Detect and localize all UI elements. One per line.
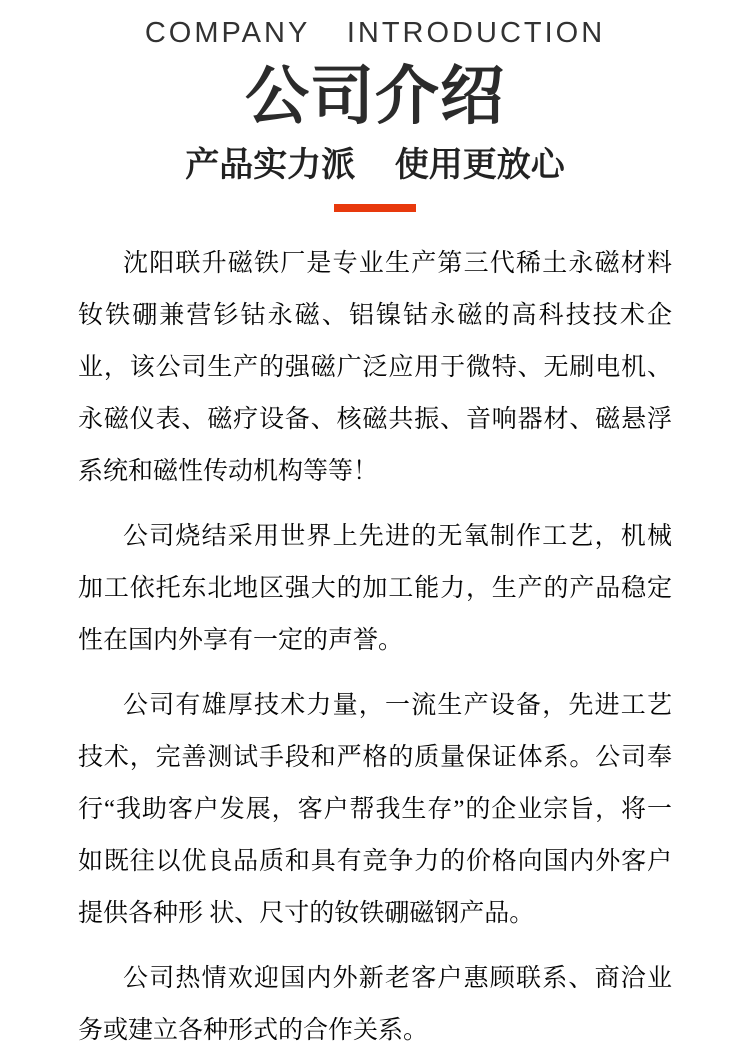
eyebrow-text: COMPANY INTRODUCTION [0, 16, 750, 50]
intro-paragraph-4: 公司热情欢迎国内外新老客户惠顾联系、商洽业务或建立各种形式的合作关系。 [78, 953, 672, 1057]
intro-paragraph-2: 公司烧结采用世界上先进的无氧制作工艺，机械加工依托东北地区强大的加工能力，生产的… [78, 511, 672, 667]
intro-paragraph-1: 沈阳联升磁铁厂是专业生产第三代稀土永磁材料钕铁硼兼营钐钴永磁、铝镍钴永磁的高科技… [78, 238, 672, 498]
accent-bar-divider [334, 204, 416, 212]
subtitle: 产品实力派 使用更放心 [0, 146, 750, 184]
introduction-text-block: 沈阳联升磁铁厂是专业生产第三代稀土永磁材料钕铁硼兼营钐钴永磁、铝镍钴永磁的高科技… [0, 238, 750, 1057]
page-title: 公司介绍 [0, 62, 750, 130]
intro-paragraph-3: 公司有雄厚技术力量，一流生产设备，先进工艺技术，完善测试手段和严格的质量保证体系… [78, 680, 672, 940]
header: COMPANY INTRODUCTION 公司介绍 产品实力派 使用更放心 [0, 0, 750, 212]
company-introduction-page: COMPANY INTRODUCTION 公司介绍 产品实力派 使用更放心 沈阳… [0, 0, 750, 1058]
